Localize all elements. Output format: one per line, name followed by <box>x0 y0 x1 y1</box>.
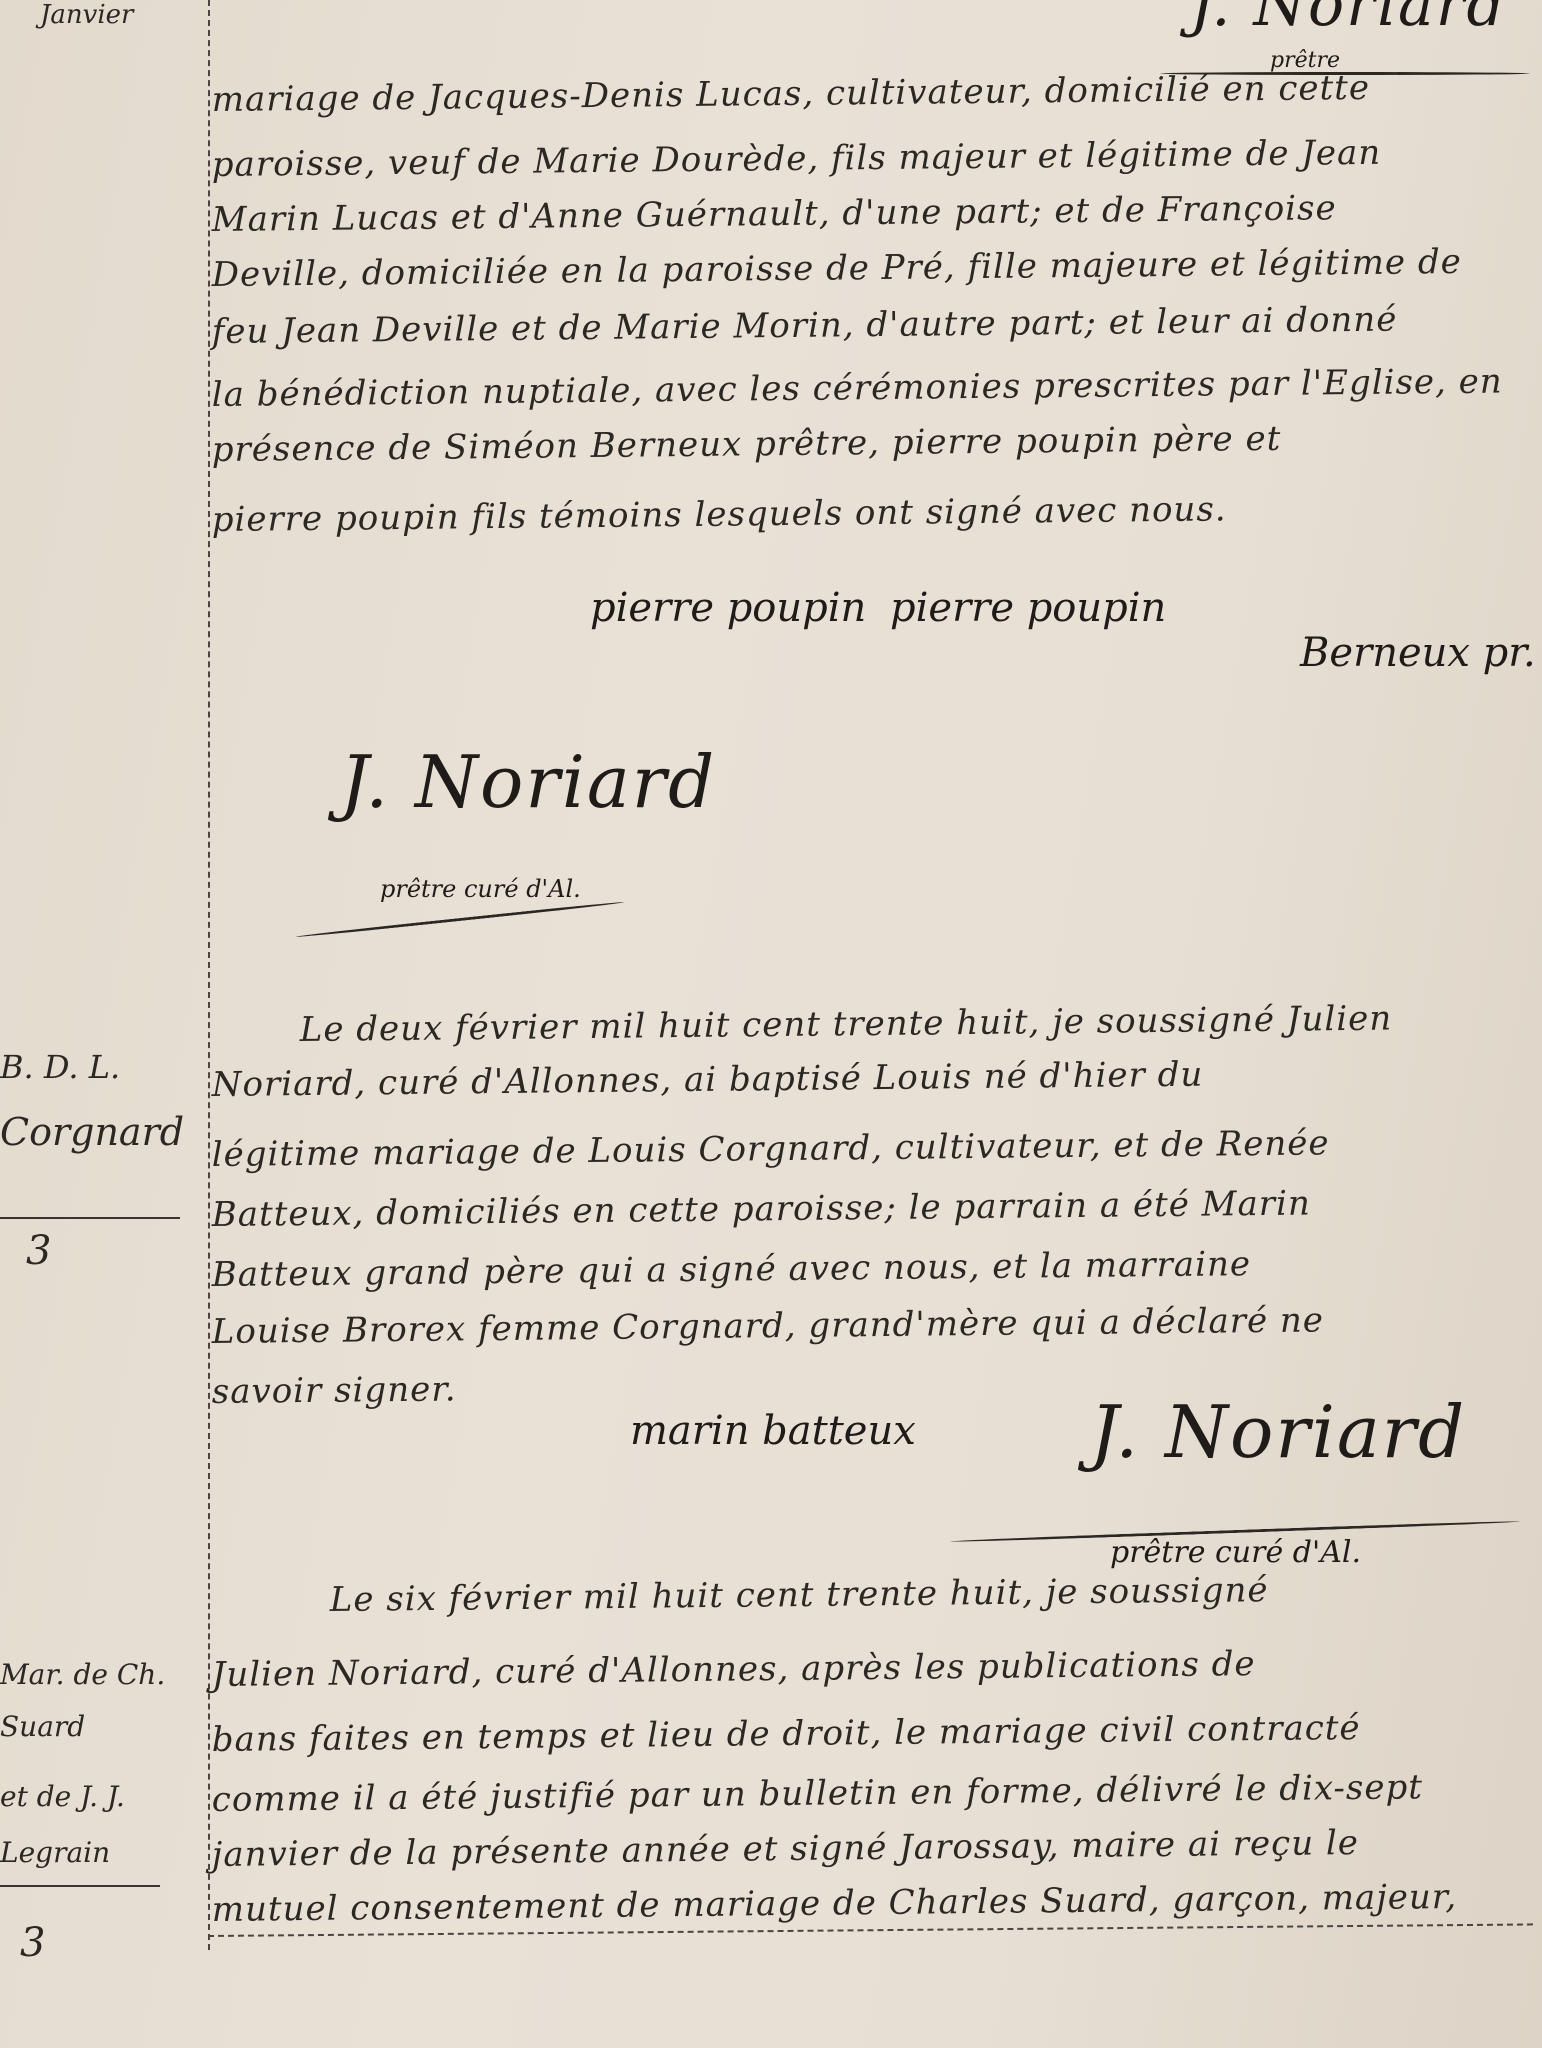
entry2-line-3: légitime mariage de Louis Corgnard, cult… <box>212 1123 1330 1175</box>
margin-entry2-surname: Corgnard <box>0 1110 184 1154</box>
margin-entry3-number: 3 <box>20 1920 45 1966</box>
register-page: Janvier B. D. L. Corgnard 3 Mar. de Ch. … <box>0 0 1542 2048</box>
entry1-line-7: présence de Siméon Berneux prêtre, pierr… <box>212 419 1282 470</box>
entry3-line-5: janvier de la présente année et signé Ja… <box>212 1823 1360 1875</box>
entry1-witness-signature-2: pierre poupin <box>890 585 1166 631</box>
entry2-line-5: Batteux grand père qui a signé avec nous… <box>212 1244 1252 1295</box>
margin-entry3-rule <box>0 1885 160 1887</box>
entry2-line-1: Le deux février mil huit cent trente hui… <box>300 999 1393 1050</box>
entry2-witness-signature: marin batteux <box>630 1408 916 1454</box>
entry2-line-4: Batteux, domiciliés en cette paroisse; l… <box>212 1183 1311 1235</box>
entry1-priest-signature: Berneux pr. <box>1300 630 1536 676</box>
signature-2: J. Noriard <box>340 740 716 824</box>
margin-top-note: Janvier <box>40 0 134 30</box>
entry2-line-2: Noriard, curé d'Allonnes, ai baptisé Lou… <box>212 1055 1204 1105</box>
entry2-priest-title: prêtre curé d'Al. <box>1110 1535 1361 1570</box>
entry2-priest-signature: J. Noriard <box>1090 1390 1466 1474</box>
entry3-line-1: Le six février mil huit cent trente huit… <box>330 1570 1269 1620</box>
margin-entry3-line-3: et de J. J. <box>0 1780 125 1813</box>
entry1-line-5: feu Jean Deville et de Marie Morin, d'au… <box>212 300 1398 352</box>
entry2-line-6: Louise Brorex femme Corgnard, grand'mère… <box>212 1300 1325 1352</box>
signature-2-flourish <box>296 901 625 938</box>
entry1-line-8: pierre poupin fils témoins lesquels ont … <box>212 489 1227 540</box>
entry3-line-6: mutuel consentement de mariage de Charle… <box>212 1877 1458 1930</box>
margin-entry3-line-1: Mar. de Ch. <box>0 1658 165 1691</box>
entry3-line-4: comme il a été justifié par un bulletin … <box>212 1767 1424 1820</box>
margin-entry3-line-4: Legrain <box>0 1836 110 1869</box>
margin-entry2-rule <box>0 1217 180 1219</box>
margin-entry2-number: 3 <box>26 1228 51 1274</box>
margin-entry2-initials: B. D. L. <box>0 1048 120 1086</box>
entry1-line-6: la bénédiction nuptiale, avec les cérémo… <box>212 361 1503 415</box>
signature-2-title: prêtre curé d'Al. <box>380 875 581 903</box>
top-signature: J. Noriard <box>1190 0 1507 40</box>
margin-entry3-line-2: Suard <box>0 1710 85 1743</box>
entry1-witness-signature-1: pierre poupin <box>590 585 866 631</box>
entry3-line-2: Julien Noriard, curé d'Allonnes, après l… <box>212 1644 1256 1695</box>
entry1-line-3: Marin Lucas et d'Anne Guérnault, d'une p… <box>212 188 1337 240</box>
entry2-line-7: savoir signer. <box>212 1369 457 1412</box>
entry3-line-3: bans faites en temps et lieu de droit, l… <box>212 1708 1361 1760</box>
entry1-line-1: mariage de Jacques-Denis Lucas, cultivat… <box>212 68 1371 120</box>
entry1-line-2: paroisse, veuf de Marie Dourède, fils ma… <box>212 133 1382 185</box>
margin-divider <box>208 0 210 1950</box>
entry1-line-4: Deville, domiciliée en la paroisse de Pr… <box>212 242 1462 295</box>
